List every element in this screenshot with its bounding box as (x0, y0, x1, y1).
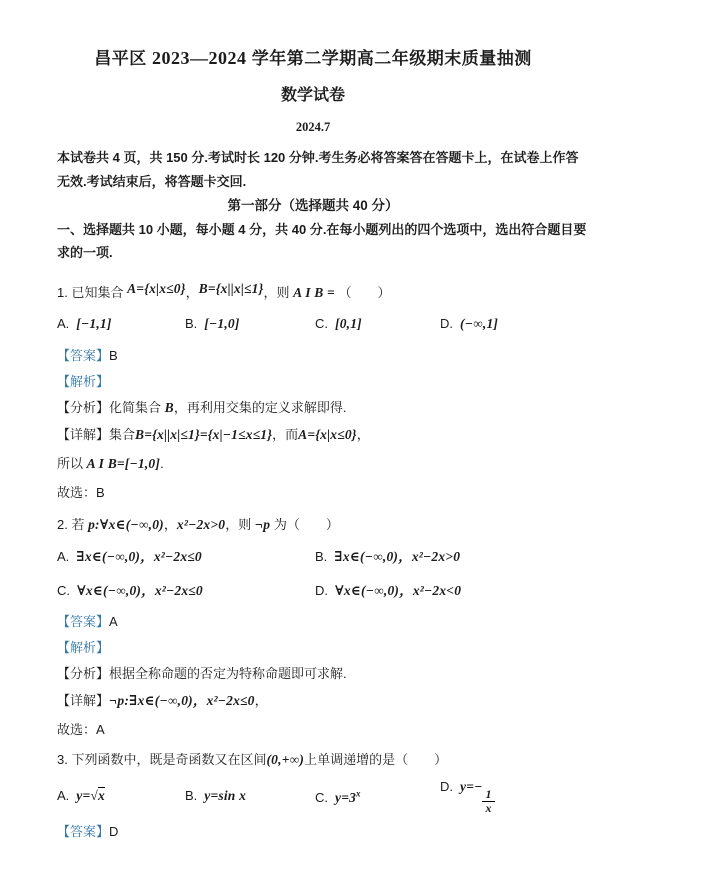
fraction-numerator: 1 (482, 788, 494, 801)
option-letter: C. (315, 316, 328, 331)
formula-prefix: y= (76, 788, 90, 803)
q1-analysis: 【分析】化简集合 B，再利用交集的定义求解即得. (57, 398, 645, 417)
question-1: 1. 已知集合 A={x|x≤0}，B={x||x|≤1}，则 A I B = … (57, 278, 645, 502)
q1-choice: 故选：B (57, 483, 645, 502)
option-letter: D. (315, 583, 328, 598)
q1-stem-text: 1. 已知集合 (57, 285, 123, 300)
question-2: 2. 若 p:∀x∈(−∞,0)，x²−2x>0，则 ¬p 为（ ） A.∃x∈… (57, 514, 645, 739)
option-letter: C. (57, 583, 70, 598)
option-formula: ∃x∈(−∞,0)，x²−2x≤0 (76, 549, 202, 564)
detail-text2: ， (255, 693, 268, 708)
option-letter: B. (185, 788, 197, 803)
instruction-line-1: 一、选择题共 10 小题，每小题 4 分，共 40 分.在每小题列出的四个选项中… (57, 218, 642, 241)
option-letter: B. (315, 549, 327, 564)
q2-analysis: 【分析】根据全称命题的否定为特称命题即可求解. (57, 664, 645, 683)
analysis-text2: ，再利用交集的定义求解即得. (174, 400, 347, 415)
notice-line-1: 本试卷共 4 页，共 150 分.考试时长 120 分钟.考生务必将答案答在答题… (57, 146, 617, 170)
q2-stem-text3: 为 (274, 517, 287, 532)
option-formula: y=√x (76, 787, 105, 803)
option-letter: B. (185, 316, 197, 331)
question-1-stem: 1. 已知集合 A={x|x≤0}，B={x||x|≤1}，则 A I B = … (57, 278, 645, 308)
q3-stem-text: 3. 下列函数中，既是奇函数又在区间 (57, 752, 266, 767)
q3-answer-blank: （ ） (395, 752, 447, 767)
fraction-denominator: x (482, 801, 494, 815)
fraction: 1x (482, 788, 494, 815)
option-formula: (−∞,1] (460, 316, 498, 331)
q1-stem-text2: ，则 (264, 285, 290, 300)
q1-answer-blank: （ ） (339, 285, 391, 300)
instruction-line-2: 求的一项. (57, 241, 642, 264)
sqrt-sign: √ (90, 788, 98, 803)
exam-title: 昌平区 2023—2024 学年第二学期高二年级期末质量抽测 (57, 46, 569, 71)
option-letter: A. (57, 549, 69, 564)
q1-set-a-formula: A={x|x≤0} (127, 281, 186, 296)
option-formula: ∃x∈(−∞,0)，x²−2x>0 (334, 549, 460, 564)
conclusion-period: . (160, 456, 164, 471)
q1-set-b-formula: B={x||x|≤1} (199, 281, 264, 296)
q2-negation-symbol: ¬p (255, 517, 270, 532)
exam-subtitle: 数学试卷 (57, 85, 569, 107)
q2-analysis-header: 【解析】 (57, 638, 645, 657)
detail-text3: ， (357, 427, 370, 442)
exam-title-prefix: 昌平区 (94, 49, 147, 68)
exam-page: 昌平区 2023—2024 学年第二学期高二年级期末质量抽测 数学试卷 2024… (0, 0, 701, 841)
analysis-header-label: 【解析】 (57, 640, 109, 655)
q1-analysis-header: 【解析】 (57, 372, 645, 391)
detail-formula: B={x||x|≤1}={x|−1≤x≤1} (135, 427, 272, 442)
formula-base: y=3 (335, 790, 356, 805)
question-2-options: A.∃x∈(−∞,0)，x²−2x≤0 B.∃x∈(−∞,0)，x²−2x>0 … (57, 546, 645, 602)
q1-comma: ， (186, 285, 199, 300)
conclusion-text: 所以 (57, 456, 83, 471)
q2-answer-blank: （ ） (287, 517, 339, 532)
q3-option-d: D.y=−1x (440, 777, 645, 815)
q1-answer-line: 【答案】B (57, 346, 645, 365)
q2-proposition-formula: p:∀x∈(−∞,0) (88, 517, 164, 532)
question-2-stem: 2. 若 p:∀x∈(−∞,0)，x²−2x>0，则 ¬p 为（ ） (57, 514, 645, 536)
q1-conclusion: 所以 A I B=[−1,0]. (57, 453, 645, 475)
option-letter: C. (315, 790, 328, 805)
q2-stem-text2: ，则 (225, 517, 251, 532)
q3-option-b: B.y=sin x (185, 786, 315, 806)
option-formula: [−1,1] (76, 316, 111, 331)
detail-text: 【详解】集合 (57, 427, 135, 442)
option-formula: ∀x∈(−∞,0)，x²−2x<0 (335, 583, 461, 598)
exam-title-year: 2023—2024 (152, 48, 247, 68)
q2-option-d: D.∀x∈(−∞,0)，x²−2x<0 (315, 580, 645, 602)
q2-comma: ， (164, 517, 177, 532)
q2-detail: 【详解】¬p:∃x∈(−∞,0)，x²−2x≤0， (57, 690, 645, 712)
answer-label: 【答案】 (57, 824, 109, 839)
option-formula: y=3x (335, 790, 361, 805)
q1-option-b: B.[−1,0] (185, 314, 315, 334)
question-3: 3. 下列函数中，既是奇函数又在区间(0,+∞)上单调递增的是（ ） A.y=√… (57, 749, 645, 841)
q2-choice: 故选：A (57, 720, 645, 739)
analysis-text: 【分析】化简集合 (57, 400, 161, 415)
q2-answer-line: 【答案】A (57, 612, 645, 631)
option-letter: D. (440, 779, 453, 794)
q3-answer-line: 【答案】D (57, 822, 645, 841)
answer-value: A (109, 614, 118, 629)
question-3-stem: 3. 下列函数中，既是奇函数又在区间(0,+∞)上单调递增的是（ ） (57, 749, 645, 771)
conclusion-formula: A I B=[−1,0] (87, 456, 160, 471)
exam-header: 昌平区 2023—2024 学年第二学期高二年级期末质量抽测 数学试卷 2024… (57, 46, 569, 136)
q3-option-a: A.y=√x (57, 786, 185, 806)
option-letter: A. (57, 788, 69, 803)
answer-label: 【答案】 (57, 348, 109, 363)
q3-interval-formula: (0,+∞) (266, 752, 304, 767)
analysis-variable: B (165, 400, 174, 415)
q2-option-b: B.∃x∈(−∞,0)，x²−2x>0 (315, 546, 645, 568)
radicand: x (98, 787, 105, 803)
section-heading: 第一部分（选择题共 40 分） (57, 196, 569, 216)
q2-stem-text: 2. 若 (57, 517, 84, 532)
detail-text2: ，而 (272, 427, 298, 442)
notice-line-2: 无效.考试结束后，将答题卡交回. (57, 170, 617, 194)
exam-date: 2024.7 (57, 119, 569, 136)
q3-stem-text2: 上单调递增的是 (304, 752, 395, 767)
detail-text: 【详解】 (57, 693, 109, 708)
analysis-header-label: 【解析】 (57, 374, 109, 389)
option-letter: A. (57, 316, 69, 331)
q2-option-c: C.∀x∈(−∞,0)，x²−2x≤0 (57, 580, 315, 602)
option-formula: y=sin x (204, 788, 246, 803)
q3-option-c: C.y=3x (315, 784, 440, 809)
detail-formula2: A={x|x≤0} (298, 427, 357, 442)
q1-detail: 【详解】集合B={x||x|≤1}={x|−1≤x≤1}，而A={x|x≤0}， (57, 424, 645, 446)
q1-option-c: C.[0,1] (315, 314, 440, 334)
formula-prefix: y=− (460, 779, 482, 794)
answer-value: D (109, 824, 118, 839)
q2-inequality-formula: x²−2x>0 (177, 517, 225, 532)
option-formula: ∀x∈(−∞,0)，x²−2x≤0 (77, 583, 203, 598)
q1-intersection-formula: A I B = (293, 285, 335, 300)
exam-title-suffix: 学年第二学期高二年级期末质量抽测 (252, 49, 532, 68)
option-formula: y=−1x (460, 779, 495, 794)
option-formula: [0,1] (335, 316, 362, 331)
q1-option-d: D.(−∞,1] (440, 314, 645, 334)
question-1-options: A.[−1,1] B.[−1,0] C.[0,1] D.(−∞,1] (57, 314, 645, 334)
q2-option-a: A.∃x∈(−∞,0)，x²−2x≤0 (57, 546, 315, 568)
question-3-options: A.y=√x B.y=sin x C.y=3x D.y=−1x (57, 777, 645, 815)
formula-exponent: x (356, 789, 361, 799)
section-instruction: 一、选择题共 10 小题，每小题 4 分，共 40 分.在每小题列出的四个选项中… (57, 218, 642, 264)
exam-notice: 本试卷共 4 页，共 150 分.考试时长 120 分钟.考生务必将答案答在答题… (57, 146, 617, 194)
answer-value: B (109, 348, 118, 363)
q1-option-a: A.[−1,1] (57, 314, 185, 334)
option-letter: D. (440, 316, 453, 331)
detail-formula: ¬p:∃x∈(−∞,0)，x²−2x≤0 (109, 693, 255, 708)
option-formula: [−1,0] (204, 316, 239, 331)
answer-label: 【答案】 (57, 614, 109, 629)
